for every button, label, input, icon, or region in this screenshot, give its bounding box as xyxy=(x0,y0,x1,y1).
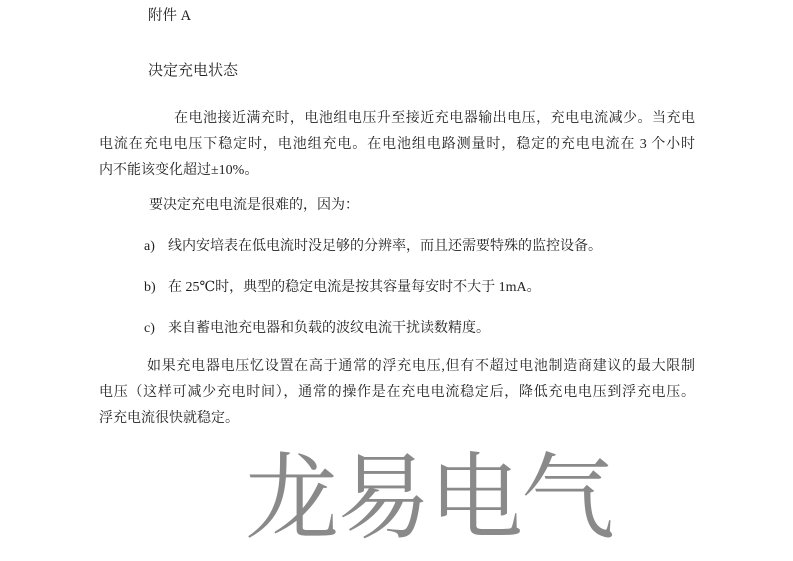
page-title: 决定充电状态 xyxy=(148,58,238,84)
list-item-a: a) 线内安培表在低电流时没足够的分辨率，而且还需要特殊的监控设备。 xyxy=(144,234,602,260)
paragraph-line: 内不能该变化超过±10%。 xyxy=(99,158,695,184)
paragraph-float-voltage: 如果充电器电压忆设置在高于通常的浮充电压,但有不超过电池制造商建议的最大限制 电… xyxy=(99,354,695,432)
paragraph-line: 浮充电流很快就稳定。 xyxy=(99,406,695,432)
paragraph-line: 在电池接近满充时，电池组电压升至接近充电器输出电压，充电电流减少。当充电 xyxy=(99,106,695,132)
watermark-text: 龙易电气 xyxy=(245,444,613,554)
paragraph-line: 电压（这样可减少充电时间），通常的操作是在充电电流稳定后，降低充电电压到浮充电压… xyxy=(99,380,695,406)
document-page: 附件 A 决定充电状态 在电池接近满充时，电池组电压升至接近充电器输出电压，充电… xyxy=(0,0,793,561)
list-item-b: b) 在 25℃时，典型的稳定电流是按其容量每安时不大于 1mA。 xyxy=(144,275,541,301)
attachment-label: 附件 A xyxy=(148,3,191,29)
paragraph-line: 电流在充电电压下稳定时，电池组充电。在电池组电路测量时，稳定的充电电流在 3 个… xyxy=(99,132,695,158)
list-item-c: c) 来自蓄电池充电器和负载的波纹电流干扰读数精度。 xyxy=(144,316,490,342)
list-item-text: 来自蓄电池充电器和负载的波纹电流干扰读数精度。 xyxy=(168,316,490,342)
list-item-marker: a) xyxy=(144,234,168,260)
list-item-text: 线内安培表在低电流时没足够的分辨率，而且还需要特殊的监控设备。 xyxy=(168,234,602,260)
list-item-text: 在 25℃时，典型的稳定电流是按其容量每安时不大于 1mA。 xyxy=(168,275,541,301)
difficulty-intro-line: 要决定充电电流是很难的，因为： xyxy=(149,193,359,219)
list-item-marker: c) xyxy=(144,316,168,342)
paragraph-line: 如果充电器电压忆设置在高于通常的浮充电压,但有不超过电池制造商建议的最大限制 xyxy=(99,354,695,380)
list-item-marker: b) xyxy=(144,275,168,301)
paragraph-charge-state: 在电池接近满充时，电池组电压升至接近充电器输出电压，充电电流减少。当充电 电流在… xyxy=(99,106,695,184)
